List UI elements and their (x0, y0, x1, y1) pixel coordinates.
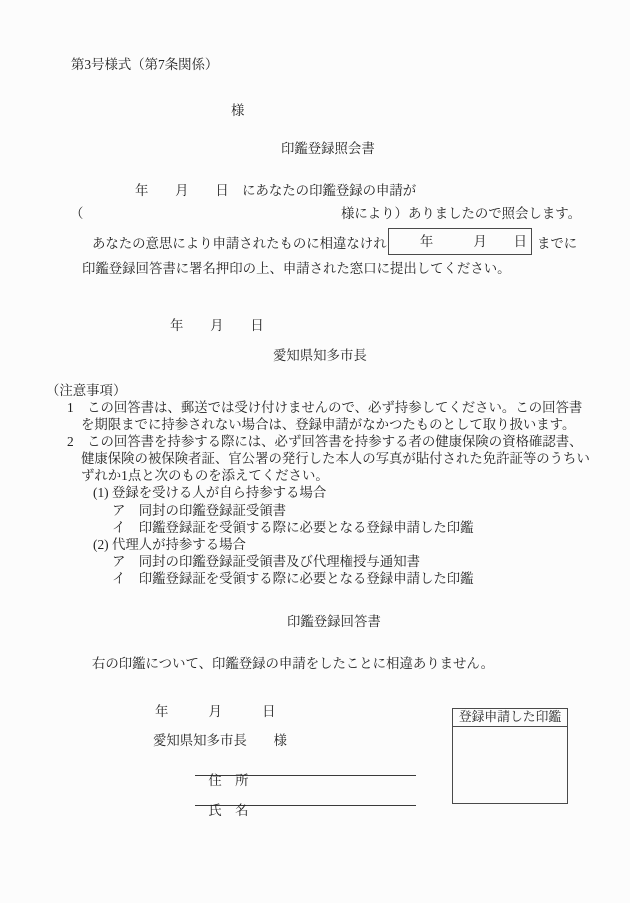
note-line: イ 印鑑登録証を受領する際に必要となる登録申請した印鑑 (0, 519, 630, 536)
note-line: ア 同封の印鑑登録証受領書 (0, 502, 630, 519)
answer-date: 年 月 日 (155, 704, 276, 721)
notes-list: 1 この回答書は、郵送では受け付けませんので、必ず持参してください。この回答書 … (0, 399, 630, 587)
note-line: ずれか1点と次のものを添えてください。 (0, 467, 630, 484)
confirm-line: あなたの意思により申請されたものに相違なければ (92, 236, 400, 253)
note-line: 2 この回答書を持参する際には、必ず回答書を持参する者の健康保険の資格確認書、 (0, 433, 630, 450)
answer-mayor: 愛知県知多市長 様 (153, 733, 287, 750)
seal-impression-area (453, 727, 567, 804)
notes-header: （注意事項） (46, 383, 126, 400)
answer-title: 印鑑登録回答書 (287, 614, 381, 631)
name-field: 氏 名 (195, 786, 416, 806)
note-line: (2) 代理人が持参する場合 (0, 536, 630, 553)
note-line: 健康保険の被保険者証、官公署の発行した本人の写真が貼付された免許証等のうちい (0, 450, 630, 467)
answer-statement: 右の印鑑について、印鑑登録の申請をしたことに相違ありません。 (92, 656, 494, 673)
paren-open: （ (70, 206, 83, 223)
submit-line: 印鑑登録回答書に署名押印の上、申請された窓口に提出してください。 (82, 261, 511, 278)
registered-seal-box: 登録申請した印鑑 (452, 708, 568, 804)
paren-close-line: 様により）ありましたので照会します。 (341, 206, 581, 223)
addressee-suffix: 様 (231, 103, 244, 120)
deadline-date: 年 月 日 (389, 229, 531, 254)
document-page: 第3号様式（第7条関係） 様 印鑑登録照会書 年 月 日 にあなたの印鑑登録の申… (0, 0, 630, 903)
address-field: 住 所 (195, 756, 416, 776)
note-line: を期限までに持参されない場合は、登録申請がなかつたものとして取り扱います。 (0, 416, 630, 433)
note-line: 1 この回答書は、郵送では受け付けませんので、必ず持参してください。この回答書 (0, 399, 630, 416)
note-line: イ 印鑑登録証を受領する際に必要となる登録申請した印鑑 (0, 570, 630, 587)
name-label: 氏 名 (208, 803, 248, 818)
form-number: 第3号様式（第7条関係） (71, 57, 218, 74)
issue-date: 年 月 日 (170, 318, 264, 335)
deadline-suffix: までに (537, 236, 577, 253)
note-line: ア 同封の印鑑登録証受領書及び代理権授与通知書 (0, 553, 630, 570)
mayor-name: 愛知県知多市長 (273, 348, 367, 365)
inquiry-title: 印鑑登録照会書 (281, 141, 375, 158)
seal-box-title: 登録申請した印鑑 (453, 709, 567, 727)
application-date-line: 年 月 日 にあなたの印鑑登録の申請が (135, 183, 416, 200)
note-line: (1) 登録を受ける人が自ら持参する場合 (0, 484, 630, 501)
deadline-date-box: 年 月 日 (388, 228, 532, 255)
